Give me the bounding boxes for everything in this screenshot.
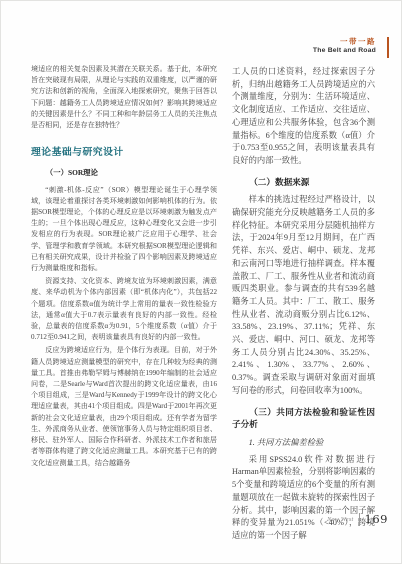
page-number: 169: [365, 512, 388, 526]
continued-paragraph: 工人员的口述资料，经过探索因子分析，归纳出越籍务工人员跨境适应的六个测量维度，分…: [232, 66, 375, 168]
column-right: 工人员的口述资料，经过探索因子分析，归纳出越籍务工人员跨境适应的六个测量维度，分…: [232, 64, 375, 543]
series-title-zh: 一带一路: [313, 37, 376, 47]
sor-paragraph-2: 资源支持、文化资本、跨境友谊为环境刺激因素，满意度、来华动机为个体内部因素（即“…: [31, 276, 217, 343]
sor-paragraph-3: 反应为跨境适应行为，是个体行为表现。目前，对于外籍人员跨境适应测量模型的研究中，…: [31, 345, 217, 468]
page-footer: New West 169: [327, 512, 388, 526]
section-heading-theory-design: 理论基础与研究设计: [31, 147, 217, 158]
footer-divider: [359, 513, 360, 526]
method-bias-paragraph: 采用SPSS24.0软件对数据进行Harman单因素检验，分别将影响因素的5个变…: [232, 454, 375, 543]
subsection-heading-data-source: （二）数据来源: [232, 176, 375, 189]
journal-name: New West: [327, 516, 353, 523]
journal-page: { "header": { "series_zh": "一带一路", "seri…: [0, 0, 402, 564]
subsection-heading-sor-theory: （一）SOR理论: [31, 167, 217, 178]
column-left: 境适应的相关复杂因素及其潜在关联关系。基于此，本研究旨在突破现有局限，从理论与实…: [31, 64, 217, 543]
data-source-paragraph: 样本的挑选过程经过严格设计，以确保研究能充分反映越籍务工人员的多样化特征。本研究…: [232, 194, 375, 397]
subsection-heading-method-bias: （三）共同方法检验和验证性因子分析: [232, 406, 375, 431]
sor-paragraph-1: “刺激-机体-反应”（SOR）模型理论诞生于心理学领域，该理论着重探讨各类环境刺…: [31, 185, 217, 275]
series-title-en: The Belt and Road: [313, 47, 376, 56]
item-heading-common-method-bias: 1. 共同方法偏差检验: [232, 437, 375, 450]
running-head: 一带一路 The Belt and Road: [313, 37, 376, 56]
intro-paragraph: 境适应的相关复杂因素及其潜在关联关系。基于此，本研究旨在突破现有局限，从理论与实…: [31, 64, 217, 131]
article-body: 境适应的相关复杂因素及其潜在关联关系。基于此，本研究旨在突破现有局限，从理论与实…: [31, 64, 387, 543]
accent-bar: [387, 37, 389, 58]
